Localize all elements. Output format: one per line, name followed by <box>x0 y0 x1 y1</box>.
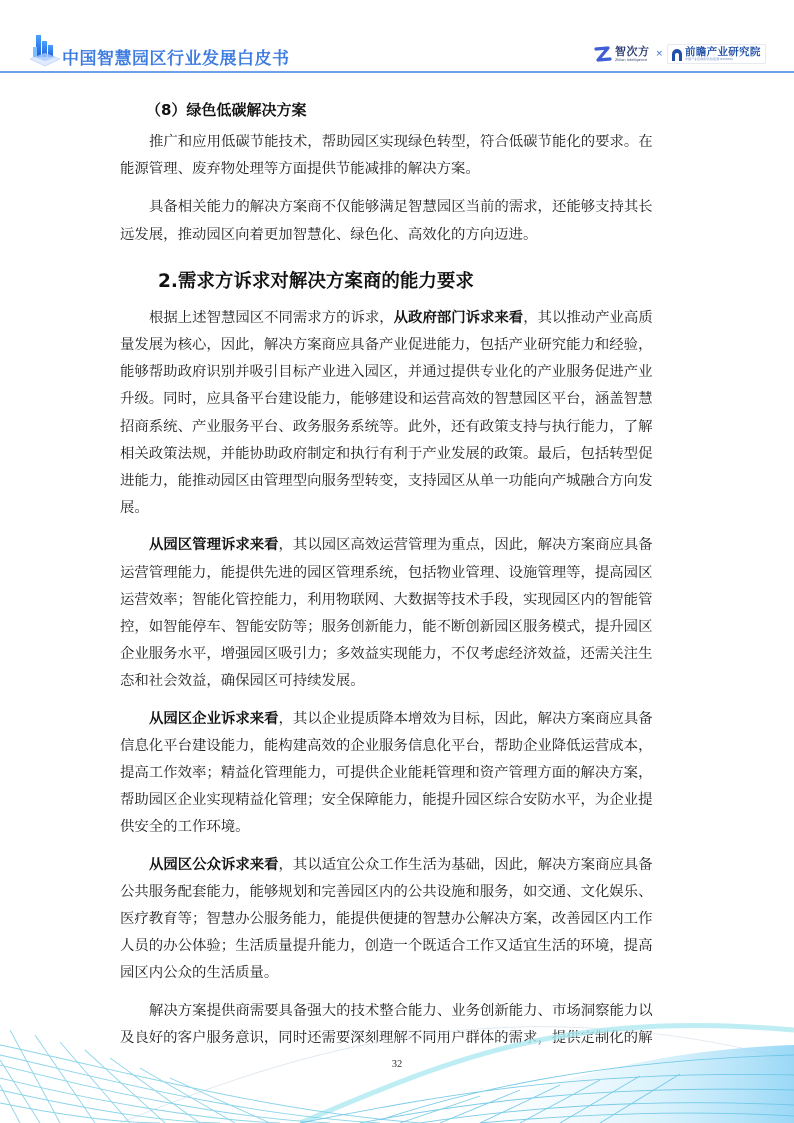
park-management-paragraph: 从园区管理诉求来看，其以园区高效运营管理为重点，因此，解决方案商应具备 运营管理… <box>120 532 672 695</box>
partner-separator: × <box>656 49 664 59</box>
section-8-heading: （8）绿色低碳解决方案 <box>146 98 672 122</box>
document-title: 中国智慧园区行业发展白皮书 <box>62 44 290 69</box>
mgmt-emphasis: 从园区管理诉求来看 <box>149 537 279 553</box>
zhicifang-name: 智次方 <box>615 46 650 57</box>
gov-paragraph: 根据上述智慧园区不同需求方的诉求，从政府部门诉求来看，其以推动产业高质 量发展为… <box>120 305 672 523</box>
header-divider <box>0 71 794 73</box>
section-8-paragraph-2: 具备相关能力的解决方案商不仅能够满足智慧园区当前的需求，还能够支持其长 远发展，… <box>120 194 672 248</box>
footer-wave-decoration <box>0 990 794 1123</box>
zhicifang-logo-icon <box>594 45 612 63</box>
page-header: 中国智慧园区行业发展白皮书 智次方 Zillion Intelligence ×… <box>0 0 794 74</box>
partner-logos: 智次方 Zillion Intelligence × 前瞻产业研究院 中国产业咨… <box>594 41 766 67</box>
qianzhan-subtitle: 中国产业咨询领导者(股票:835990) <box>685 58 761 61</box>
gov-emphasis: 从政府部门诉求来看 <box>394 310 524 326</box>
qianzhan-arch-icon <box>671 48 683 61</box>
section-8-paragraph-1: 推广和应用低碳节能技术，帮助园区实现绿色转型，符合低碳节能化的要求。在 能源管理… <box>120 129 672 183</box>
public-emphasis: 从园区公众诉求来看 <box>149 857 279 873</box>
qianzhan-logo: 前瞻产业研究院 中国产业咨询领导者(股票:835990) <box>667 44 766 64</box>
park-public-paragraph: 从园区公众诉求来看，其以适宜公众工作生活为基础，因此，解决方案商应具备 公共服务… <box>120 852 672 988</box>
building-chart-icon <box>28 31 62 69</box>
zhicifang-subtitle: Zillion Intelligence <box>615 59 650 63</box>
qianzhan-name: 前瞻产业研究院 <box>685 47 761 58</box>
section-2-heading: 2.需求方诉求对解决方案商的能力要求 <box>158 264 672 300</box>
page-content: （8）绿色低碳解决方案 推广和应用低碳节能技术，帮助园区实现绿色转型，符合低碳节… <box>120 98 672 1052</box>
page-number: 32 <box>0 1059 794 1070</box>
park-enterprise-paragraph: 从园区企业诉求来看，其以企业提质降本增效为目标，因此，解决方案商应具备 信息化平… <box>120 706 672 842</box>
enterprise-emphasis: 从园区企业诉求来看 <box>149 711 279 727</box>
